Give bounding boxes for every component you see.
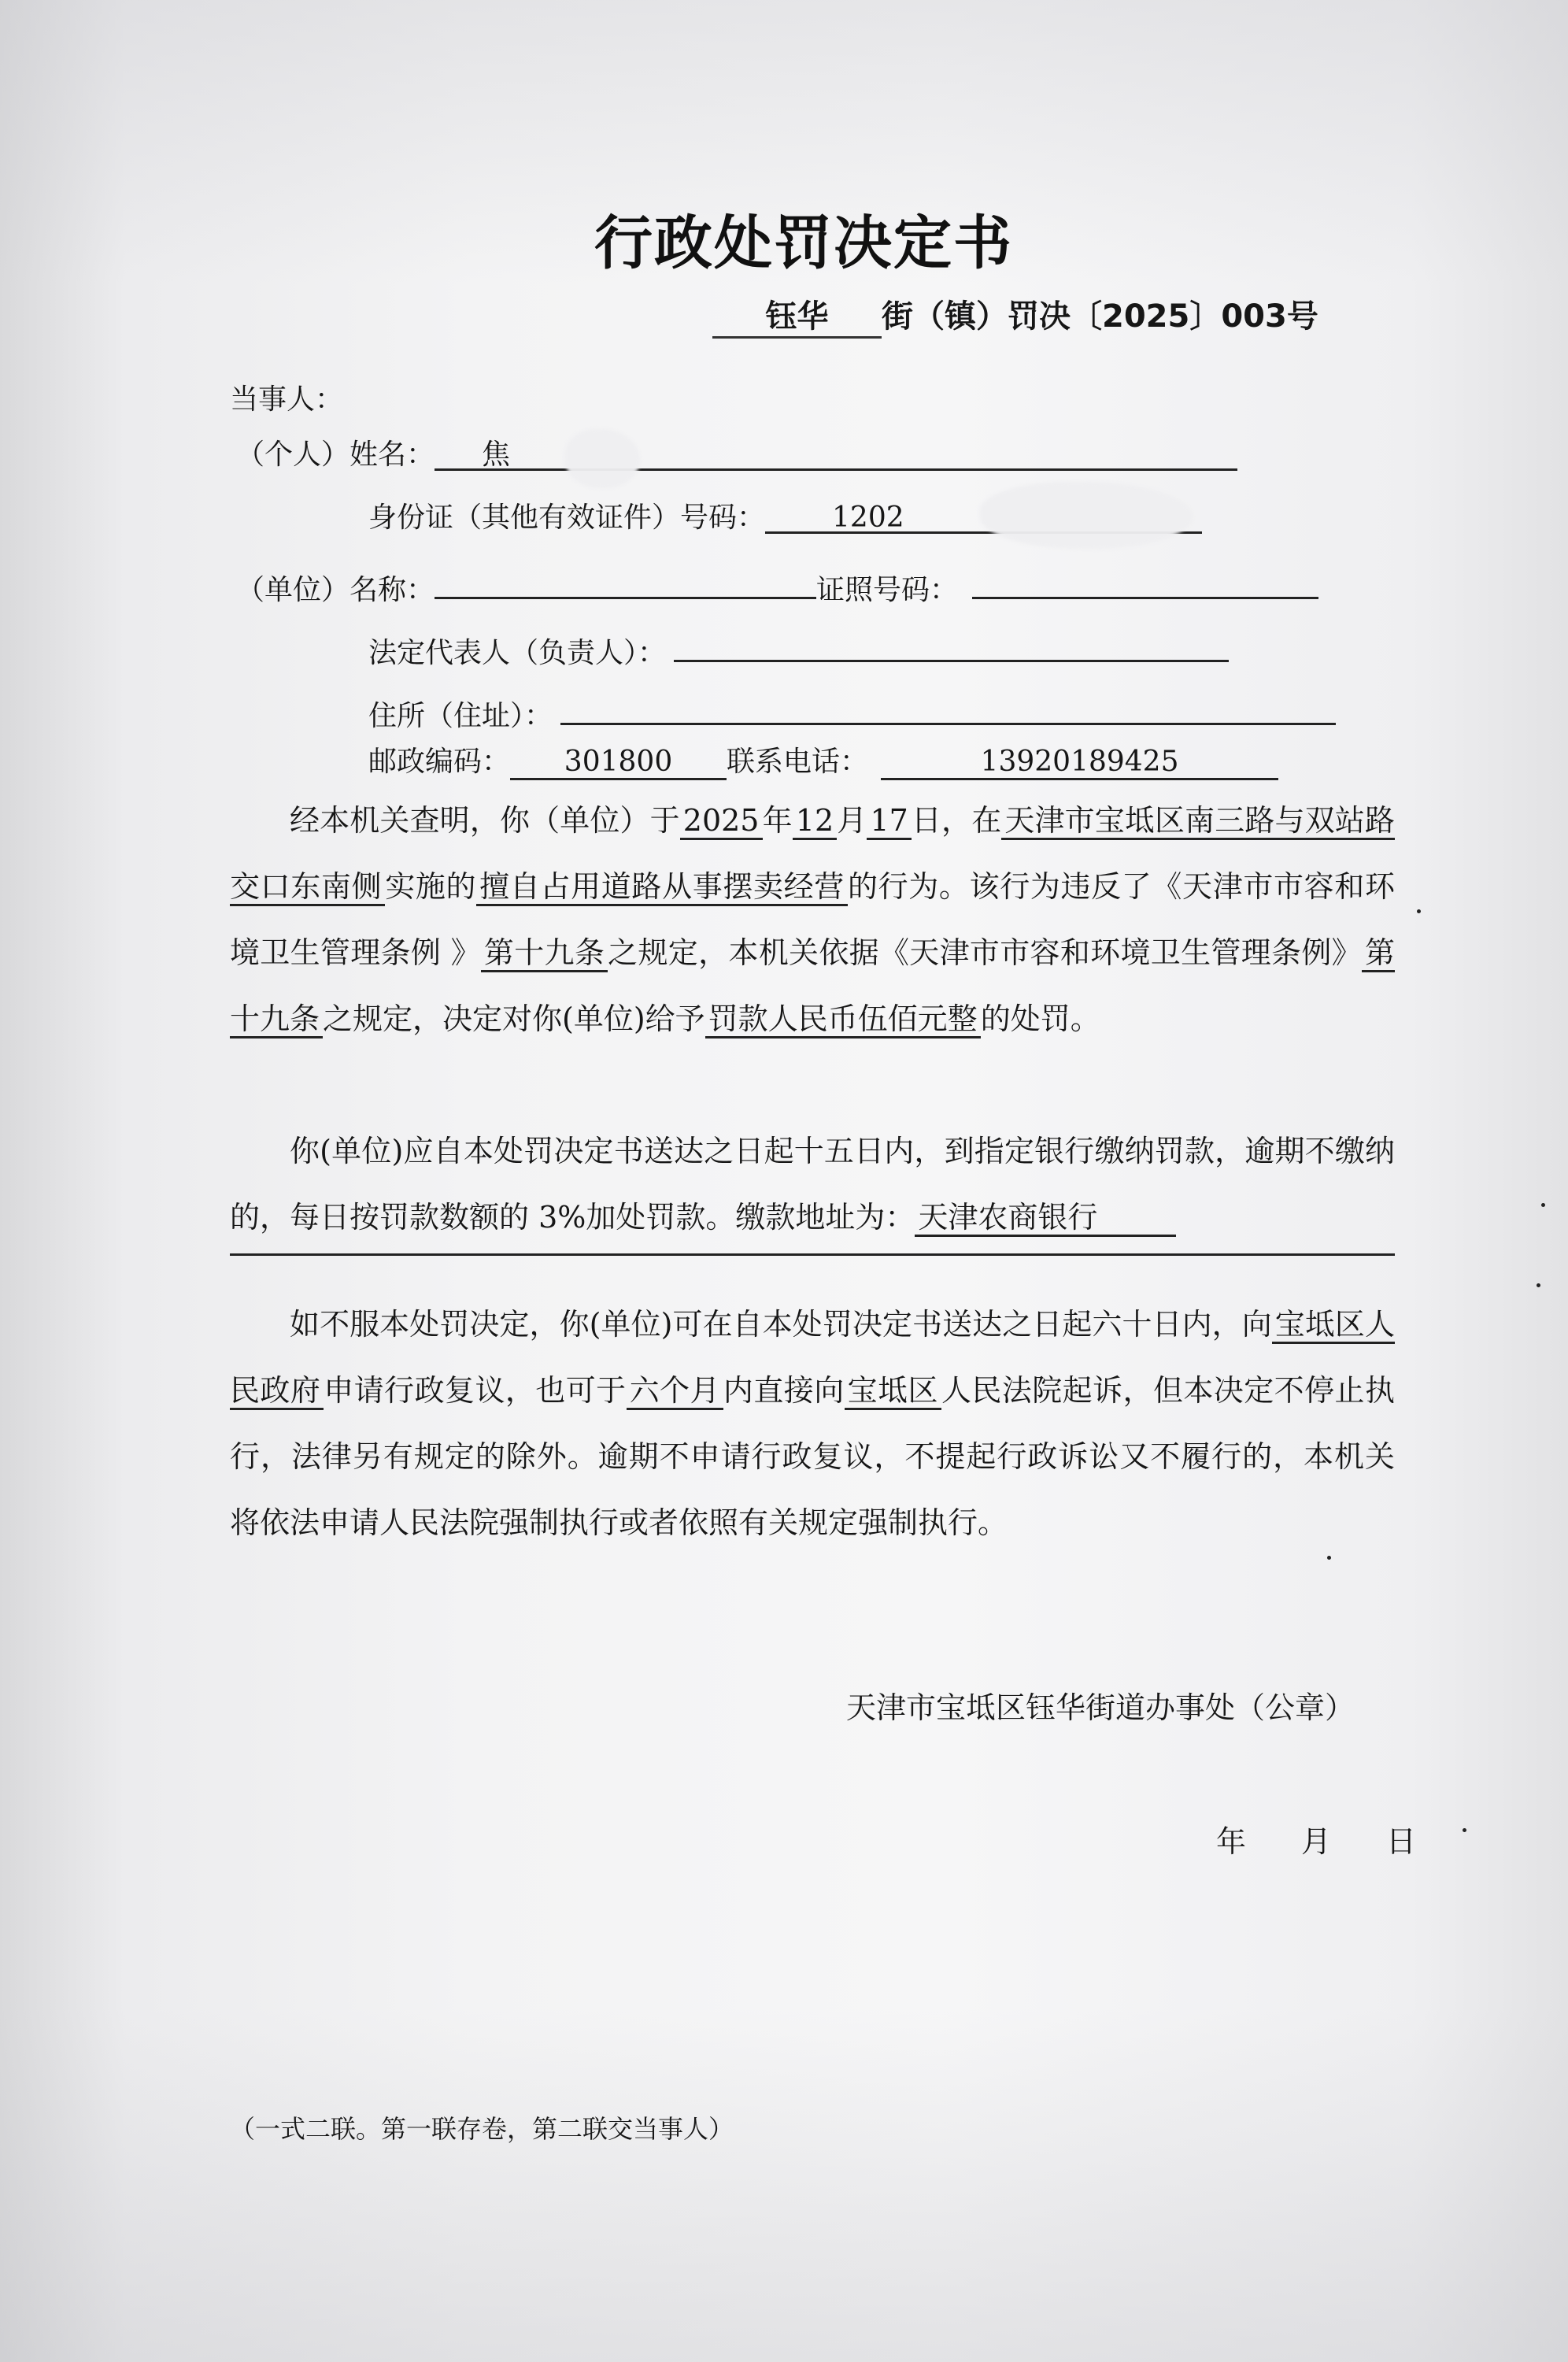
id-value: 1202 [832, 502, 904, 534]
decision-mid: 之规定，决定对你(单位)给予 [323, 1001, 705, 1036]
document-title: 行政处罚决定书 [594, 197, 1013, 280]
payment-text: 你(单位)应自本处罚决定书送达之日起十五日内，到指定银行缴纳罚款，逾期不缴纳的，… [230, 1134, 1395, 1235]
doc-number-suffix: 街（镇）罚决〔2025〕003号 [882, 298, 1318, 335]
penalty-amount: 罚款人民币伍佰元整 [705, 1001, 981, 1038]
contact-row: 邮政编码：301800联系电话：13920189425 [368, 748, 1278, 780]
id-label: 身份证（其他有效证件）号码： [368, 502, 765, 534]
unit-name-label: （单位）名称： [236, 574, 435, 606]
year-label: 年 [763, 803, 793, 838]
appeal-mid1: 申请行政复议，也可于 [324, 1373, 626, 1408]
unit-name-field [435, 567, 816, 599]
name-value: 焦 [482, 439, 510, 471]
postal-label: 邮政编码： [368, 746, 510, 778]
findings-paragraph: 经本机关查明，你（单位）于2025年12月17日，在天津市宝坻区南三路与双站路交… [230, 787, 1395, 1052]
day-label: 日，在 [912, 803, 1002, 838]
legal-rep-field [674, 630, 1229, 662]
party-heading: 当事人： [230, 386, 343, 414]
date-day-label: 日 [1386, 1824, 1416, 1859]
redaction-blur [565, 429, 640, 488]
violation-year: 2025 [680, 803, 763, 840]
name-field: 焦 [435, 441, 1237, 471]
unit-name-row: （单位）名称：证照号码： [236, 567, 1318, 605]
address-label: 住所（住址）： [368, 700, 553, 732]
appeal-court: 宝坻区 [845, 1373, 941, 1410]
date-month-label: 月 [1301, 1824, 1331, 1859]
legal-rep-row: 法定代表人（负责人）： [368, 630, 1229, 668]
date-year-label: 年 [1216, 1824, 1246, 1859]
violation-day: 17 [867, 803, 911, 840]
appeal-mid2: 内直接向 [723, 1373, 845, 1408]
violation-mid: 之规定，本机关依据《天津市市容和环境卫生管理条例》 [608, 935, 1362, 970]
document-number: 钰华街（镇）罚决〔2025〕003号 [712, 291, 1318, 339]
payment-address-line [230, 1253, 1395, 1256]
speck-mark [1541, 1203, 1545, 1207]
postal-field: 301800 [510, 748, 727, 780]
payment-paragraph: 你(单位)应自本处罚决定书送达之日起十五日内，到指定银行缴纳罚款，逾期不缴纳的，… [230, 1118, 1395, 1250]
penalty-suffix: 的处罚。 [981, 1001, 1100, 1036]
license-label: 证照号码： [816, 574, 958, 606]
act-intro: 实施的 [385, 869, 476, 904]
appeal-intro: 如不服本处罚决定，你(单位)可在自本处罚决定书送达之日起六十日内，向 [290, 1307, 1272, 1342]
copies-footnote: （一式二联。第一联存卷，第二联交当事人） [230, 2116, 734, 2142]
name-label: （个人）姓名： [236, 439, 435, 471]
legal-rep-label: 法定代表人（负责人）： [368, 637, 666, 669]
violation-month: 12 [793, 803, 837, 840]
issuing-authority: 天津市宝坻区钰华街道办事处（公章） [846, 1693, 1355, 1723]
phone-value: 13920189425 [981, 746, 1179, 778]
license-field [972, 567, 1318, 599]
findings-intro: 经本机关查明，你（单位）于 [290, 803, 680, 838]
month-label: 月 [837, 803, 867, 838]
redaction-blur [980, 482, 1193, 549]
violation-act: 擅自占用道路从事摆卖经营 [476, 869, 848, 906]
speck-mark [1417, 909, 1421, 913]
payment-address: 天津农商银行 [915, 1200, 1176, 1237]
phone-field: 13920189425 [881, 748, 1278, 780]
speck-mark [1327, 1556, 1331, 1560]
phone-label: 联系电话： [727, 746, 868, 778]
speck-mark [1537, 1283, 1540, 1287]
individual-name-row: （个人）姓名：焦 [236, 441, 1237, 471]
speck-mark [1463, 1828, 1466, 1832]
postal-value: 301800 [564, 746, 672, 778]
violated-article: 第十九条 [481, 935, 608, 972]
address-row: 住所（住址）： [368, 693, 1336, 731]
appeal-period: 六个月 [627, 1373, 723, 1410]
district-fill: 钰华 [712, 291, 882, 339]
address-field [560, 693, 1336, 725]
appeal-paragraph: 如不服本处罚决定，你(单位)可在自本处罚决定书送达之日起六十日内，向宝坻区人民政… [230, 1291, 1395, 1556]
signature-date: 年月日 [1216, 1827, 1416, 1857]
act-suffix: 的行为。 [848, 869, 970, 904]
